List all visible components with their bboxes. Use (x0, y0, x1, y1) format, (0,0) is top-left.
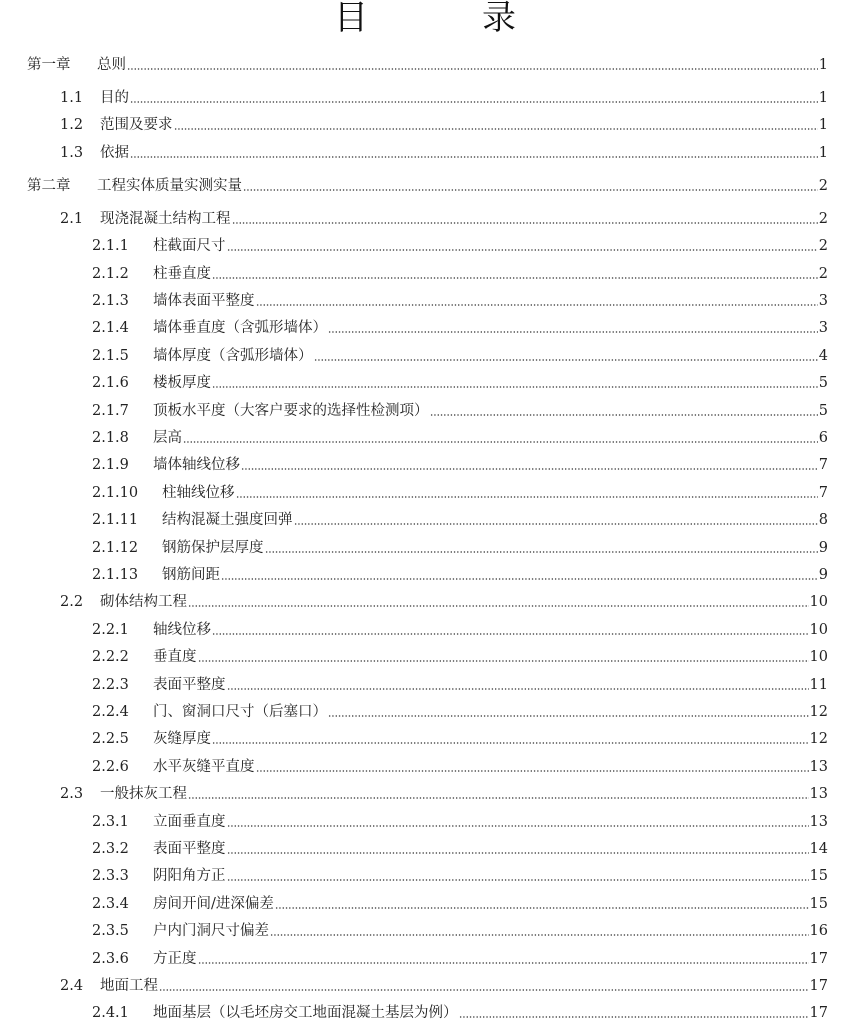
toc-entry-page-number: 3 (819, 291, 828, 311)
toc-entry-title: 一般抹灰工程 (100, 784, 187, 804)
toc-entry-number: 2.1.5 (92, 346, 153, 366)
toc-entry-number: 1.3 (60, 143, 100, 163)
dot-leader (198, 962, 809, 964)
toc-entry-title: 柱截面尺寸 (153, 236, 226, 256)
toc-entry[interactable]: 2.1.1柱截面尺寸2 (92, 236, 828, 256)
toc-entry[interactable]: 2.3一般抹灰工程13 (60, 784, 828, 804)
toc-entry-number: 2.2.6 (92, 757, 153, 777)
toc-entry-number: 2.1.7 (92, 401, 153, 421)
toc-entry-number: 2.3.3 (92, 866, 153, 886)
dot-leader (256, 770, 809, 772)
dot-leader (188, 797, 809, 799)
toc-entry-number: 2.3.4 (92, 894, 153, 914)
toc-entry-title: 房间开间/进深偏差 (153, 894, 274, 914)
toc-entry-number: 2.1.9 (92, 455, 153, 475)
toc-entry-page-number: 2 (819, 236, 828, 256)
toc-entry[interactable]: 2.1.13钢筋间距9 (92, 565, 828, 585)
dot-leader (212, 633, 809, 635)
toc-entry[interactable]: 第二章工程实体质量实测实量2 (27, 176, 828, 196)
toc-entry-page-number: 14 (810, 839, 828, 859)
toc-entry-title: 阴阳角方正 (153, 866, 226, 886)
toc-entry-title: 灰缝厚度 (153, 729, 211, 749)
toc-entry[interactable]: 2.2砌体结构工程10 (60, 592, 828, 612)
toc-entry-number: 2.2.5 (92, 729, 153, 749)
toc-entry[interactable]: 2.2.5灰缝厚度12 (92, 729, 828, 749)
toc-entry[interactable]: 2.1.12钢筋保护层厚度9 (92, 538, 828, 558)
toc-entry-number: 2.3.6 (92, 949, 153, 969)
toc-entry-page-number: 3 (819, 318, 828, 338)
toc-entry-title: 墙体表面平整度 (153, 291, 255, 311)
dot-leader (174, 128, 818, 130)
toc-entry-number: 2.1.12 (92, 538, 162, 558)
toc-entry[interactable]: 2.1.9墙体轴线位移7 (92, 455, 828, 475)
dot-leader (227, 879, 809, 881)
toc-entry-title: 表面平整度 (153, 839, 226, 859)
toc-entry-number: 2.1 (60, 209, 100, 229)
toc-entry-title: 钢筋保护层厚度 (162, 538, 264, 558)
toc-entry-title: 范围及要求 (100, 115, 173, 135)
toc-entry-number: 2.4.1 (92, 1003, 153, 1023)
dot-leader (212, 742, 809, 744)
toc-entry[interactable]: 1.2范围及要求1 (60, 115, 828, 135)
toc-entry-number: 第一章 (27, 55, 97, 75)
toc-entry-page-number: 1 (819, 55, 828, 75)
toc-entry-number: 2.3.2 (92, 839, 153, 859)
dot-leader (275, 907, 809, 909)
toc-entry-number: 2.4 (60, 976, 100, 996)
dot-leader (430, 414, 818, 416)
toc-entry[interactable]: 1.1目的1 (60, 88, 828, 108)
toc-entry[interactable]: 2.1.8层高6 (92, 428, 828, 448)
dot-leader (232, 222, 818, 224)
dot-leader (227, 688, 809, 690)
dot-leader (183, 441, 818, 443)
toc-entry-title: 柱垂直度 (153, 264, 211, 284)
toc-entry-title: 立面垂直度 (153, 812, 226, 832)
toc-entry-page-number: 10 (810, 620, 828, 640)
toc-entry[interactable]: 2.2.3表面平整度11 (92, 675, 828, 695)
toc-entry-page-number: 1 (819, 143, 828, 163)
toc-entry[interactable]: 2.4地面工程17 (60, 976, 828, 996)
toc-entry[interactable]: 2.1.6楼板厚度5 (92, 373, 828, 393)
toc-entry-title: 地面基层（以毛坯房交工地面混凝土基层为例） (153, 1003, 458, 1023)
toc-entry[interactable]: 2.2.2垂直度10 (92, 647, 828, 667)
toc-entry-number: 2.1.4 (92, 318, 153, 338)
toc-entry[interactable]: 2.1现浇混凝土结构工程2 (60, 209, 828, 229)
toc-entry[interactable]: 2.1.10柱轴线位移7 (92, 483, 828, 503)
toc-entry-title: 总则 (97, 55, 126, 75)
toc-entry-title: 水平灰缝平直度 (153, 757, 255, 777)
toc-entry-number: 1.1 (60, 88, 100, 108)
toc-entry-number: 2.3.5 (92, 921, 153, 941)
toc-entry-title: 墙体轴线位移 (153, 455, 240, 475)
toc-entry[interactable]: 2.3.4房间开间/进深偏差15 (92, 894, 828, 914)
toc-entry-title: 垂直度 (153, 647, 197, 667)
toc-entry[interactable]: 2.2.1轴线位移10 (92, 620, 828, 640)
dot-leader (314, 359, 818, 361)
toc-entry-page-number: 2 (819, 176, 828, 196)
toc-entry-number: 2.1.13 (92, 565, 162, 585)
toc-entry-page-number: 5 (819, 373, 828, 393)
toc-entry-page-number: 7 (819, 455, 828, 475)
toc-entry[interactable]: 2.1.2柱垂直度2 (92, 264, 828, 284)
toc-entry-number: 2.2.2 (92, 647, 153, 667)
dot-leader (243, 189, 818, 191)
toc-entry-number: 2.1.3 (92, 291, 153, 311)
toc-entry-page-number: 11 (810, 675, 828, 695)
toc-entry-page-number: 13 (810, 757, 828, 777)
dot-leader (212, 386, 818, 388)
dot-leader (127, 68, 818, 70)
toc-entry[interactable]: 2.1.3墙体表面平整度3 (92, 291, 828, 311)
dot-leader (265, 551, 818, 553)
toc-entry-page-number: 4 (819, 346, 828, 366)
dot-leader (212, 277, 818, 279)
toc-entry-number: 2.2 (60, 592, 100, 612)
toc-entry-page-number: 1 (819, 115, 828, 135)
dot-leader (221, 578, 818, 580)
toc-entry-title: 表面平整度 (153, 675, 226, 695)
toc-entry[interactable]: 2.3.2表面平整度14 (92, 839, 828, 859)
toc-entry[interactable]: 2.1.11结构混凝土强度回弹8 (92, 510, 828, 530)
dot-leader (294, 523, 818, 525)
toc-entry[interactable]: 2.3.5户内门洞尺寸偏差16 (92, 921, 828, 941)
toc-entry-title: 钢筋间距 (162, 565, 220, 585)
toc-entry-number: 2.1.2 (92, 264, 153, 284)
toc-entry-title: 户内门洞尺寸偏差 (153, 921, 269, 941)
toc-entry-page-number: 9 (819, 565, 828, 585)
toc-entry-title: 墙体厚度（含弧形墙体） (153, 346, 313, 366)
toc-entry-number: 2.3 (60, 784, 100, 804)
toc-entry[interactable]: 2.2.6水平灰缝平直度13 (92, 757, 828, 777)
toc-entry[interactable]: 第一章总则1 (27, 55, 828, 75)
toc-entry-page-number: 10 (810, 592, 828, 612)
toc-entry-title: 砌体结构工程 (100, 592, 187, 612)
toc-entry-page-number: 6 (819, 428, 828, 448)
dot-leader (270, 934, 809, 936)
toc-entry-title: 柱轴线位移 (162, 483, 235, 503)
toc-entry-title: 墙体垂直度（含弧形墙体） (153, 318, 327, 338)
toc-entry-number: 1.2 (60, 115, 100, 135)
dot-leader (328, 715, 809, 717)
toc-entry[interactable]: 2.3.1立面垂直度13 (92, 812, 828, 832)
toc-entry-page-number: 13 (810, 812, 828, 832)
dot-leader (198, 660, 809, 662)
dot-leader (227, 852, 809, 854)
toc-entry-number: 2.1.1 (92, 236, 153, 256)
toc-entry-page-number: 9 (819, 538, 828, 558)
toc-entry-page-number: 1 (819, 88, 828, 108)
toc-entry-page-number: 17 (810, 976, 828, 996)
toc-entry-title: 工程实体质量实测实量 (97, 176, 242, 196)
dot-leader (459, 1016, 809, 1018)
toc-entry-number: 2.1.10 (92, 483, 162, 503)
toc-entry-page-number: 16 (810, 921, 828, 941)
toc-entry-page-number: 17 (810, 949, 828, 969)
toc-entry-page-number: 13 (810, 784, 828, 804)
toc-entry-number: 2.2.1 (92, 620, 153, 640)
toc-entry-number: 2.1.6 (92, 373, 153, 393)
toc-entry-title: 结构混凝土强度回弹 (162, 510, 293, 530)
toc-entry-number: 第二章 (27, 176, 97, 196)
toc-entry[interactable]: 2.1.7顶板水平度（大客户要求的选择性检测项）5 (92, 401, 828, 421)
dot-leader (159, 989, 809, 991)
dot-leader (130, 101, 818, 103)
toc-entry-number: 2.3.1 (92, 812, 153, 832)
toc-entry[interactable]: 2.1.5墙体厚度（含弧形墙体）4 (92, 346, 828, 366)
toc-entry-title: 门、窗洞口尺寸（后塞口） (153, 702, 327, 722)
toc-entry[interactable]: 2.4.1地面基层（以毛坯房交工地面混凝土基层为例）17 (92, 1003, 828, 1023)
toc-entry-page-number: 15 (810, 894, 828, 914)
toc-entry[interactable]: 2.1.4墙体垂直度（含弧形墙体）3 (92, 318, 828, 338)
toc-entry-page-number: 7 (819, 483, 828, 503)
page-title: 目 录 (0, 0, 850, 40)
dot-leader (227, 825, 809, 827)
toc-entry-page-number: 5 (819, 401, 828, 421)
dot-leader (241, 468, 818, 470)
toc-entry-title: 方正度 (153, 949, 197, 969)
toc-entry-page-number: 17 (810, 1003, 828, 1023)
toc-entry-number: 2.1.8 (92, 428, 153, 448)
dot-leader (328, 331, 818, 333)
toc-entry-number: 2.2.4 (92, 702, 153, 722)
toc-entry-page-number: 15 (810, 866, 828, 886)
dot-leader (227, 249, 818, 251)
toc-entry-number: 2.1.11 (92, 510, 162, 530)
toc-entry-page-number: 2 (819, 264, 828, 284)
toc-entry[interactable]: 2.3.3阴阳角方正15 (92, 866, 828, 886)
toc-entry-page-number: 10 (810, 647, 828, 667)
toc-entry-title: 顶板水平度（大客户要求的选择性检测项） (153, 401, 429, 421)
dot-leader (256, 304, 818, 306)
toc-entry-page-number: 8 (819, 510, 828, 530)
toc-entry-title: 依据 (100, 143, 129, 163)
toc-entry-title: 楼板厚度 (153, 373, 211, 393)
toc-entry-title: 轴线位移 (153, 620, 211, 640)
toc-entry-page-number: 2 (819, 209, 828, 229)
toc-entry[interactable]: 1.3依据1 (60, 143, 828, 163)
toc-entry[interactable]: 2.3.6方正度17 (92, 949, 828, 969)
toc-entry[interactable]: 2.2.4门、窗洞口尺寸（后塞口）12 (92, 702, 828, 722)
toc-entry-title: 目的 (100, 88, 129, 108)
toc-entry-page-number: 12 (810, 729, 828, 749)
dot-leader (188, 605, 809, 607)
toc-entry-number: 2.2.3 (92, 675, 153, 695)
dot-leader (236, 496, 818, 498)
toc-entry-page-number: 12 (810, 702, 828, 722)
toc-entry-title: 层高 (153, 428, 182, 448)
toc-entry-title: 现浇混凝土结构工程 (100, 209, 231, 229)
toc-entry-title: 地面工程 (100, 976, 158, 996)
dot-leader (130, 156, 818, 158)
